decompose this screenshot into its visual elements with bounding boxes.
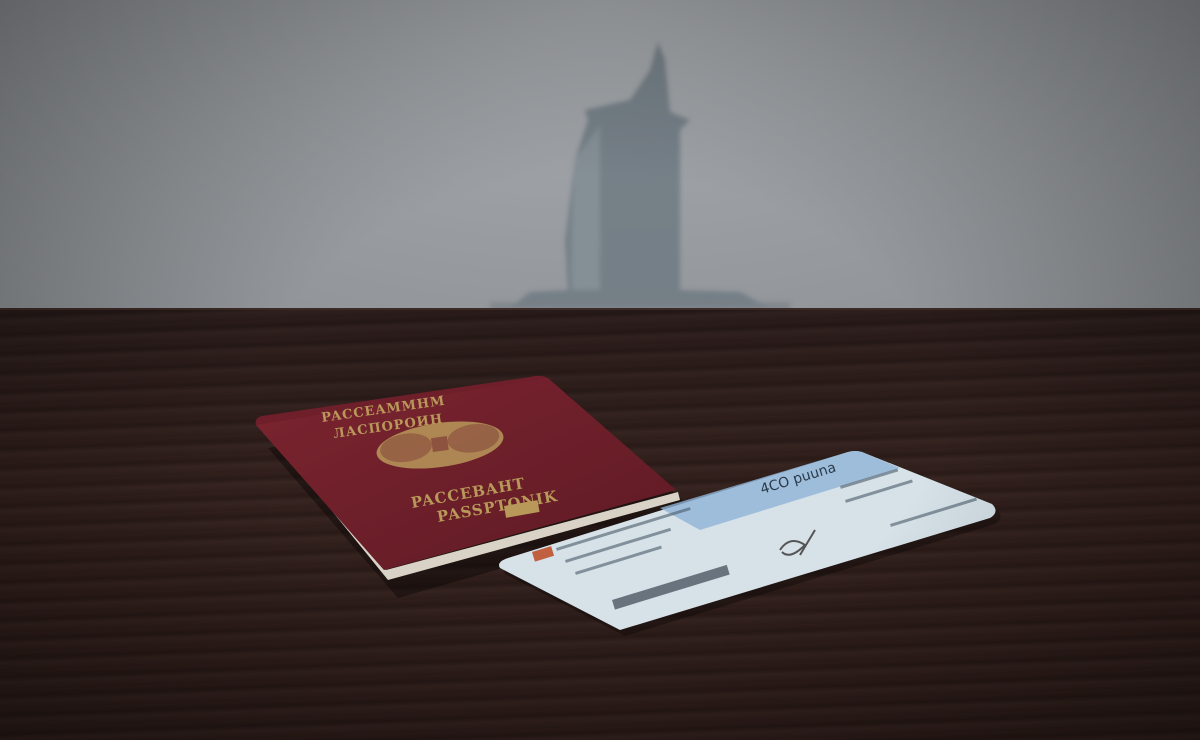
documents: PACCEAMMHM ЛАСПОРОИН PACCEBAHT PASSPTONI…: [0, 0, 1200, 740]
